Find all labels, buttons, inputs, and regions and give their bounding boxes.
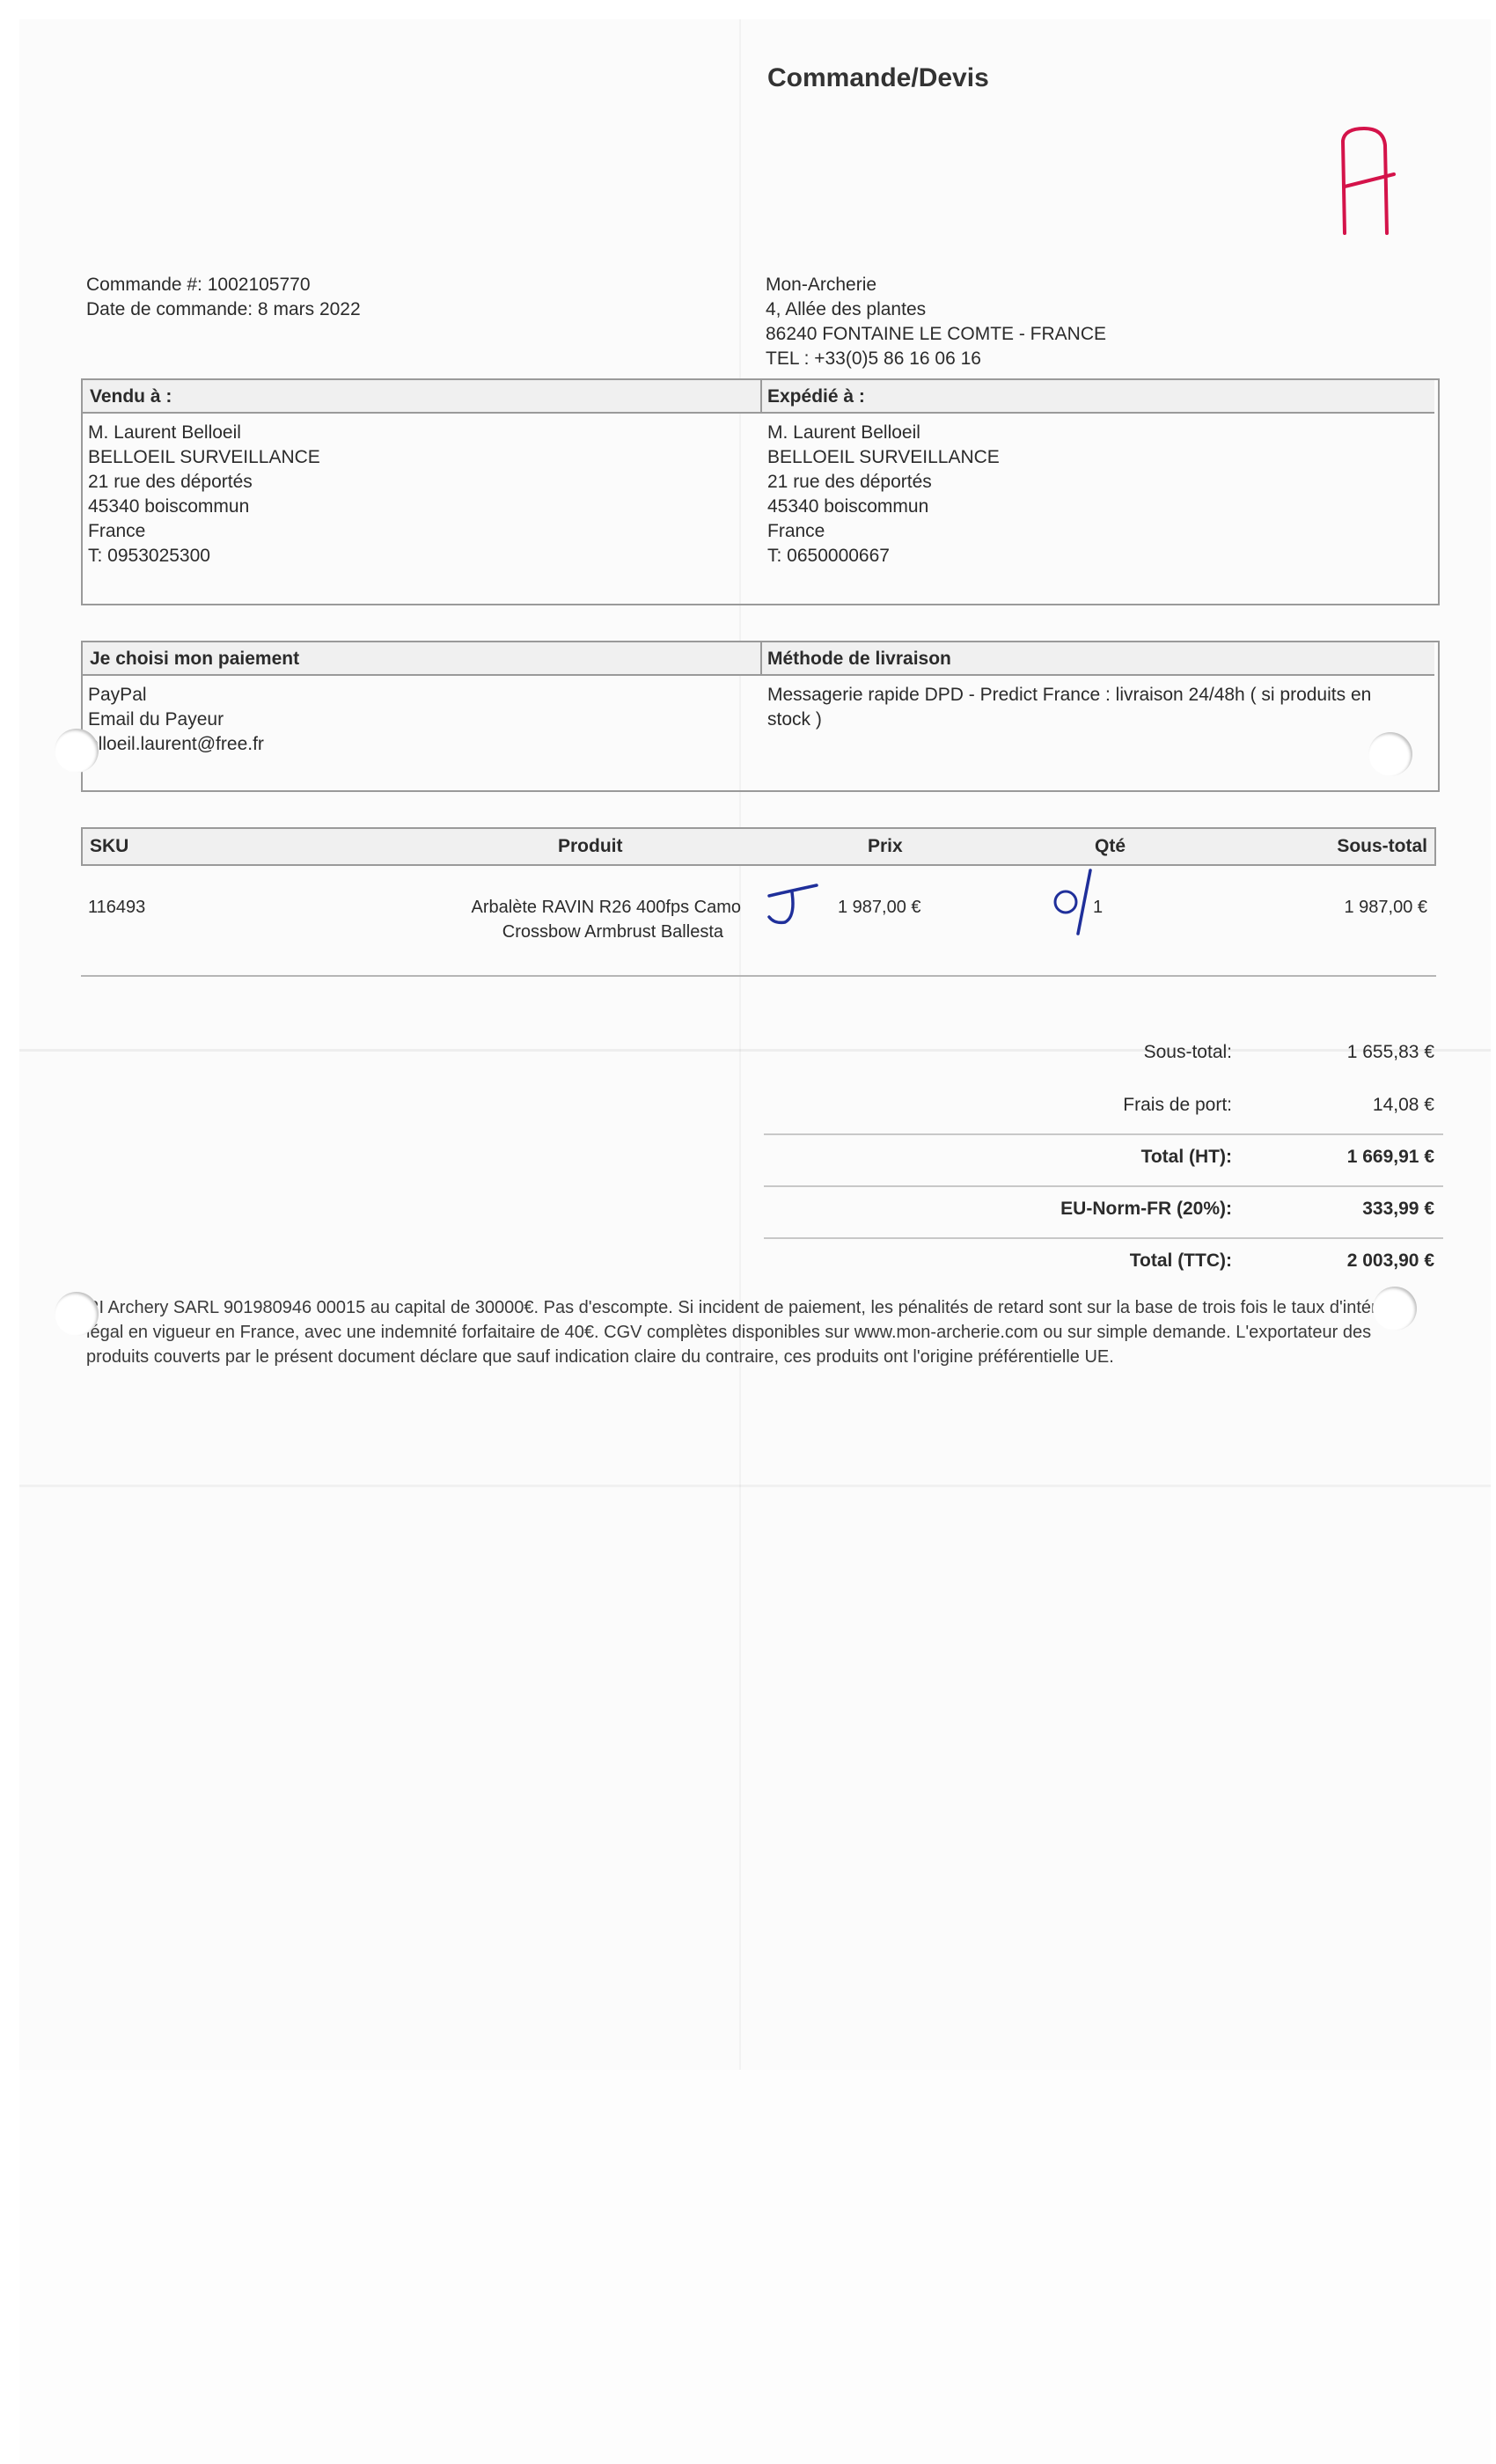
payment-delivery-box: Je choisi mon paiement Méthode de livrai… [81,641,1440,792]
ship-to-name: M. Laurent Belloeil [767,421,1000,445]
total-ht-label: Total (HT): [1141,1147,1232,1168]
col-product: Produit [558,836,623,857]
ship-to-address: M. Laurent Belloeil BELLOEIL SURVEILLANC… [767,421,1000,568]
punch-hole [55,1292,99,1336]
totals-rule [764,1237,1443,1239]
subtotal-value: 1 655,83 € [1347,1042,1434,1063]
totals-row-ht: Total (HT): 1 669,91 € [757,1147,1443,1182]
ship-to-phone: T: 0650000667 [767,544,1000,568]
sold-to-header: Vendu à : [83,380,760,414]
vat-label: EU-Norm-FR (20%): [1060,1199,1232,1220]
shipping-label: Frais de port: [1123,1095,1232,1116]
punch-hole [1368,732,1412,776]
table-row: 116493 Arbalète RAVIN R26 400fps Camo Cr… [81,884,1436,972]
order-date: Date de commande: 8 mars 2022 [86,297,361,322]
shipping-value: 14,08 € [1373,1095,1434,1116]
payer-email: elloeil.laurent@free.fr [88,732,264,757]
item-subtotal: 1 987,00 € [1344,895,1427,920]
col-price: Prix [868,836,903,857]
total-ttc-value: 2 003,90 € [1347,1250,1434,1272]
total-ttc-label: Total (TTC): [1130,1250,1232,1272]
ship-to-city: 45340 boiscommun [767,495,1000,519]
sold-to-name: M. Laurent Belloeil [88,421,320,445]
payment-header: Je choisi mon paiement [83,642,760,676]
document-title: Commande/Devis [767,63,989,93]
totals-row-vat: EU-Norm-FR (20%): 333,99 € [757,1199,1443,1234]
subtotal-label: Sous-total: [1144,1042,1232,1063]
payment-details: PayPal Email du Payeur elloeil.laurent@f… [88,683,264,757]
ship-to-street: 21 rue des déportés [767,470,1000,495]
delivery-method: Messagerie rapide DPD - Predict France :… [767,683,1419,732]
column-divider [760,642,762,676]
item-sku: 116493 [88,895,145,920]
total-ht-value: 1 669,91 € [1347,1147,1434,1168]
col-qty: Qté [1095,836,1126,857]
fold-crease-vertical [739,19,741,2070]
payer-email-label: Email du Payeur [88,708,264,732]
merchant-address: Mon-Archerie 4, Allée des plantes 86240 … [766,273,1106,371]
ship-to-header: Expédié à : [760,380,1434,414]
sold-to-phone: T: 0953025300 [88,544,320,568]
payment-method: PayPal [88,683,264,708]
handwritten-qty-mark [1052,867,1104,937]
scanner-background [19,2070,1491,2464]
items-table-header: SKU Produit Prix Qté Sous-total [81,827,1436,866]
fold-crease-horizontal [19,1485,1491,1487]
table-bottom-rule [81,975,1436,977]
order-number: Commande #: 1002105770 [86,273,361,297]
totals-row-subtotal: Sous-total: 1 655,83 € [757,1042,1443,1077]
totals-row-shipping: Frais de port: 14,08 € [757,1095,1443,1130]
ship-to-company: BELLOEIL SURVEILLANCE [767,445,1000,470]
totals-rule [764,1185,1443,1187]
item-product-line1: Arbalète RAVIN R26 400fps Camo [371,895,741,920]
merchant-name: Mon-Archerie [766,273,1106,297]
totals-row-ttc: Total (TTC): 2 003,90 € [757,1250,1443,1286]
merchant-street: 4, Allée des plantes [766,297,1106,322]
punch-hole [55,729,99,773]
sold-to-country: France [88,519,320,544]
delivery-header: Méthode de livraison [760,642,1434,676]
merchant-city: 86240 FONTAINE LE COMTE - FRANCE [766,322,1106,347]
totals-rule [764,1133,1443,1135]
sold-to-city: 45340 boiscommun [88,495,320,519]
item-price: 1 987,00 € [838,895,921,920]
handwritten-checkmark-price [766,882,818,935]
column-divider [760,380,762,414]
sold-to-address: M. Laurent Belloeil BELLOEIL SURVEILLANC… [88,421,320,568]
merchant-phone: TEL : +33(0)5 86 16 06 16 [766,347,1106,371]
sold-to-company: BELLOEIL SURVEILLANCE [88,445,320,470]
ship-to-country: France [767,519,1000,544]
col-sku: SKU [90,836,128,857]
order-info: Commande #: 1002105770 Date de commande:… [86,273,361,322]
legal-footer: RI Archery SARL 901980946 00015 au capit… [86,1295,1433,1369]
vat-value: 333,99 € [1362,1199,1434,1220]
col-subtotal: Sous-total [1337,836,1427,857]
punch-hole [1373,1287,1417,1331]
address-box: Vendu à : Expédié à : M. Laurent Belloei… [81,378,1440,605]
sold-to-street: 21 rue des déportés [88,470,320,495]
handwritten-letter-a-mark [1338,123,1399,238]
item-product-line2: Crossbow Armbrust Ballesta [371,920,723,944]
